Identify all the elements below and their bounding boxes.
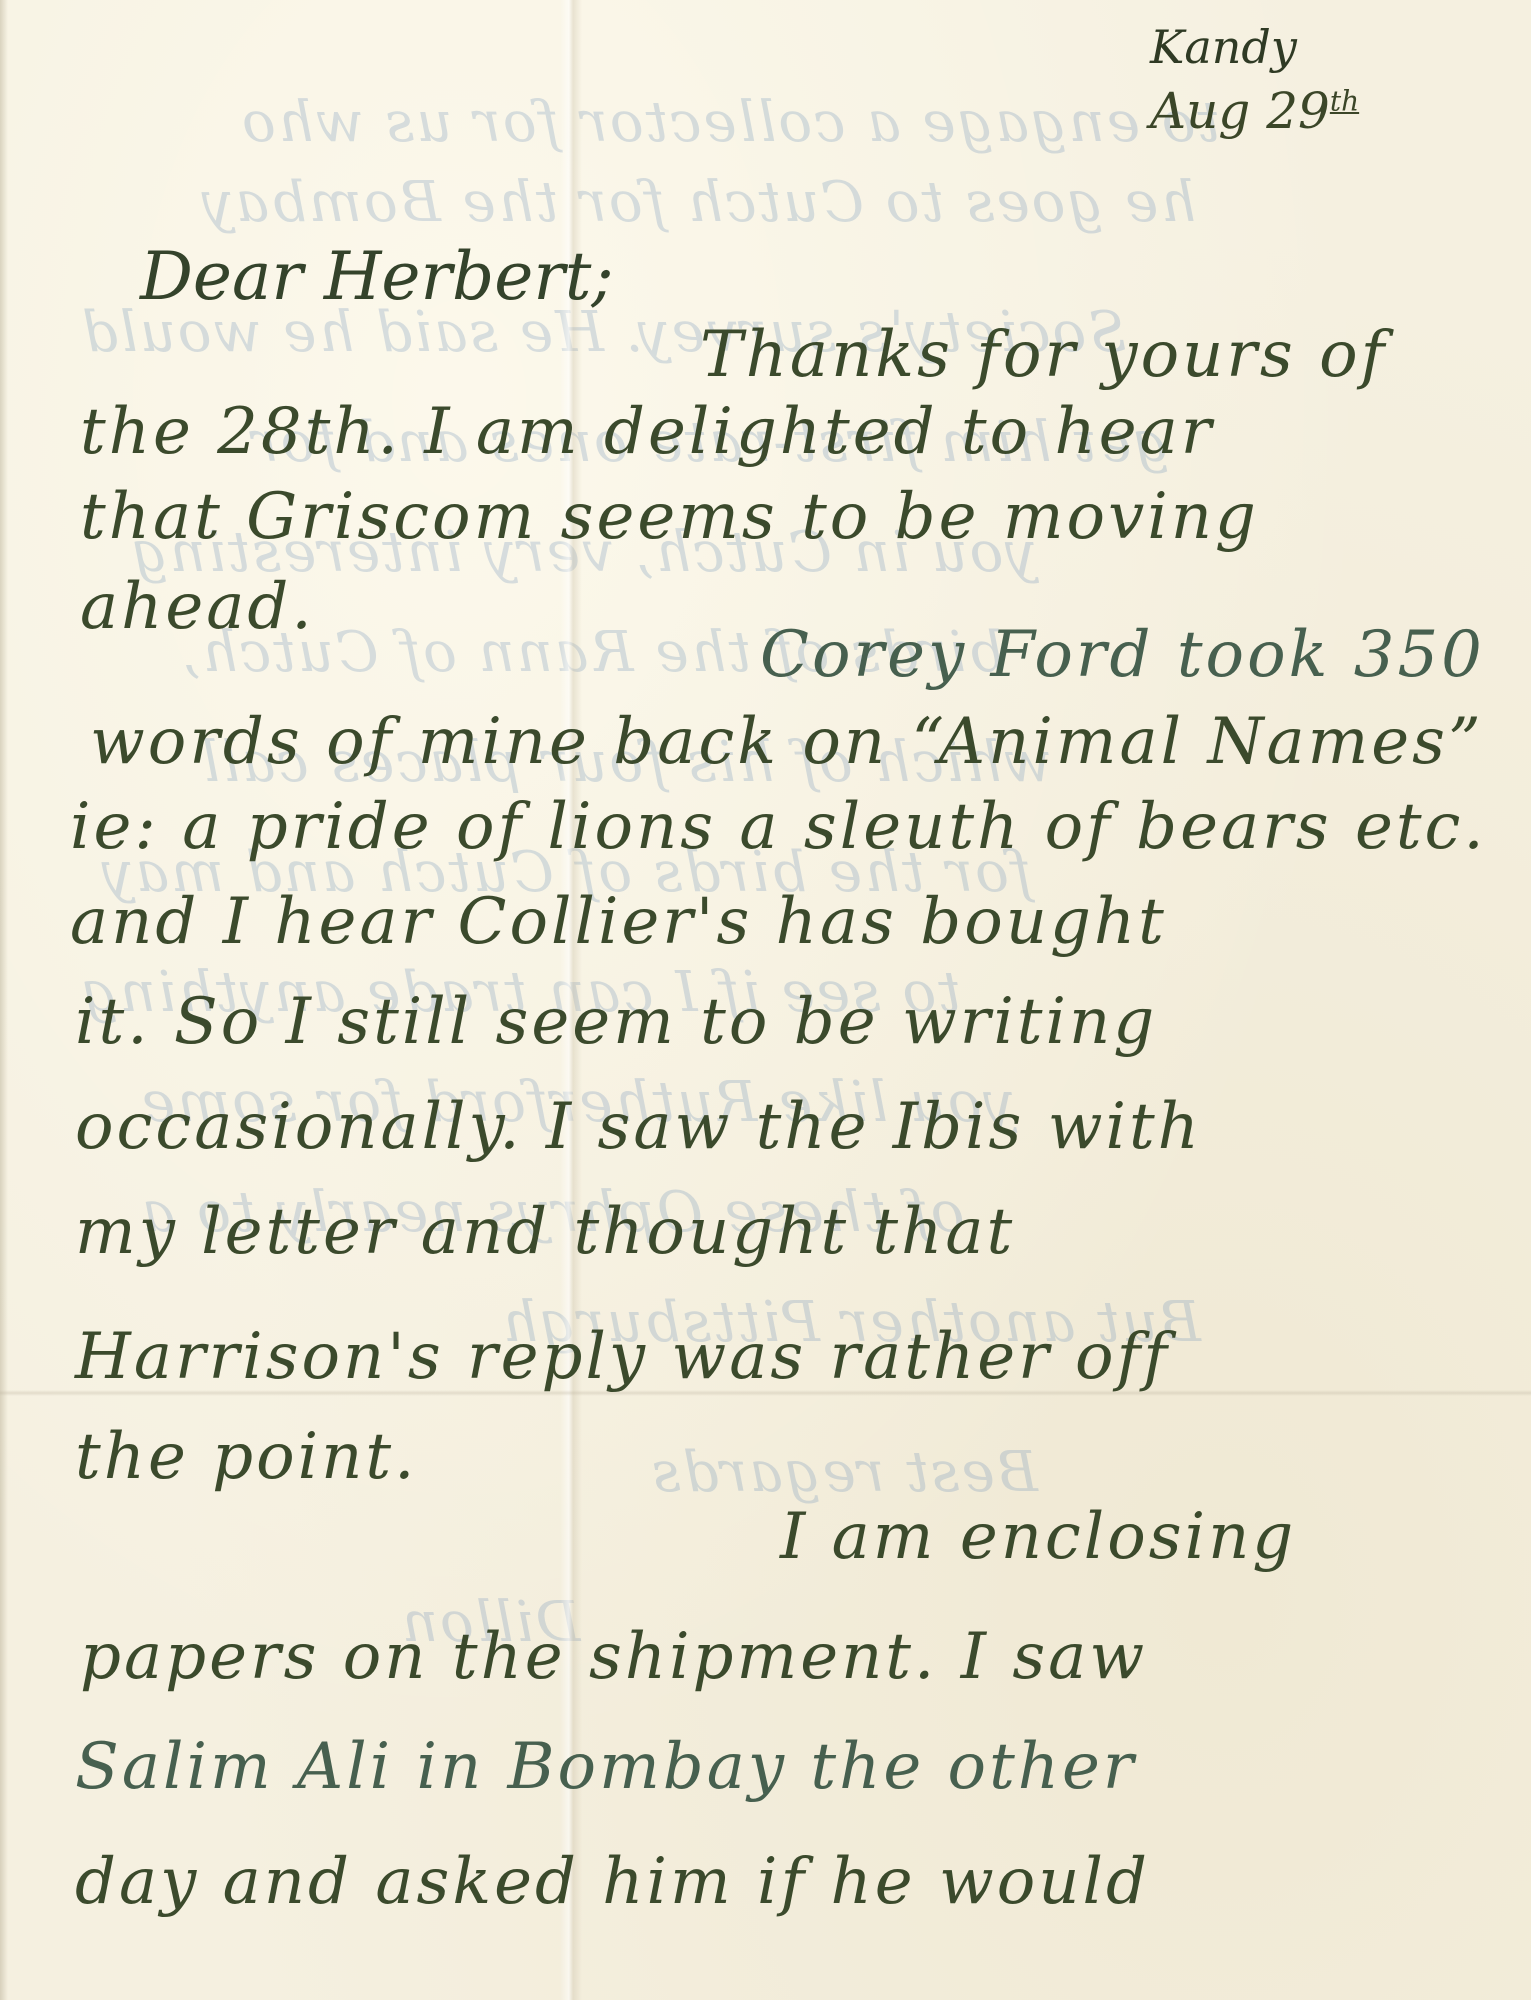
letter-date-suffix: th bbox=[1330, 84, 1359, 117]
bleed-through-line: he goes to Cutch for the Bombay bbox=[200, 170, 1196, 235]
letter-line: that Griscom seems to be moving bbox=[80, 480, 1259, 554]
letter-line: Corey Ford took 350 bbox=[760, 618, 1485, 692]
letter-line: papers on the shipment. I saw bbox=[80, 1620, 1147, 1694]
letter-page: to engage a collector for us who he goes… bbox=[0, 0, 1531, 2000]
letter-line: Thanks for yours of bbox=[700, 318, 1387, 392]
letter-date-text: Aug 29 bbox=[1150, 82, 1330, 140]
letter-line: the 28th. I am delighted to hear bbox=[80, 395, 1214, 469]
paper-edge bbox=[0, 0, 8, 2000]
letter-line: Harrison's reply was rather off bbox=[75, 1320, 1170, 1394]
letter-date: Aug 29th bbox=[1150, 82, 1359, 140]
letter-line: occasionally. I saw the Ibis with bbox=[75, 1090, 1202, 1164]
letter-line: my letter and thought that bbox=[75, 1195, 1015, 1269]
letter-line: and I hear Collier's has bought bbox=[70, 885, 1167, 959]
letter-place: Kandy bbox=[1150, 20, 1297, 74]
bleed-through-line: Best regards bbox=[650, 1440, 1038, 1505]
letter-line: ahead. bbox=[80, 570, 315, 644]
bleed-through-line: to engage a collector for us who bbox=[240, 90, 1220, 155]
letter-line: it. So I still seem to be writing bbox=[75, 985, 1157, 1059]
letter-line: day and asked him if he would bbox=[75, 1845, 1150, 1919]
letter-line: words of mine back on “Animal Names” bbox=[90, 705, 1484, 779]
letter-salutation: Dear Herbert; bbox=[140, 238, 614, 315]
letter-line: the point. bbox=[75, 1420, 417, 1494]
letter-line: I am enclosing bbox=[780, 1500, 1296, 1574]
letter-line: Salim Ali in Bombay the other bbox=[75, 1730, 1136, 1804]
letter-line: ie: a pride of lions a sleuth of bears e… bbox=[70, 790, 1487, 864]
